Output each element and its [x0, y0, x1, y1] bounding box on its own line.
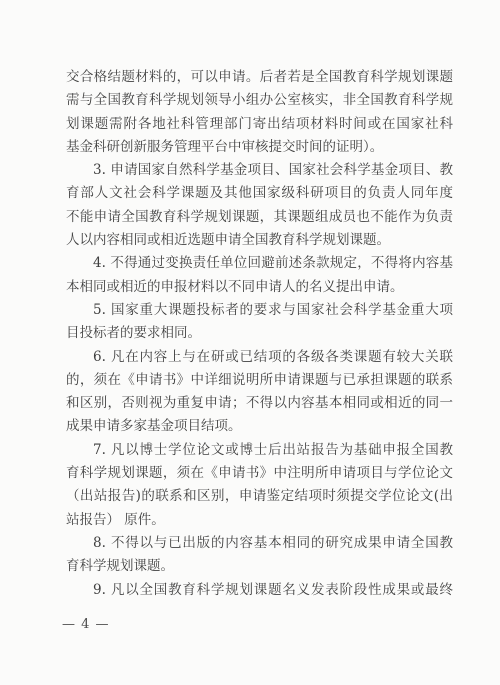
text-line: 育部人文社会科学课题及其他国家级科研项目的负责人同年度 [66, 182, 453, 205]
text-line: 育科学规划课题，须在《申请书》中注明所申请项目与学位论文 [66, 462, 453, 485]
text-line: 8. 不得以与已出版的内容基本相同的研究成果申请全国教 [66, 532, 453, 555]
text-line: （出站报告)的联系和区别，申请鉴定结项时须提交学位论文(出 [66, 485, 453, 508]
text-line: 站报告） 原件。 [66, 509, 453, 532]
document-body: 交合格结题材料的，可以申请。后者若是全国教育科学规划课题需与全国教育科学规划领导… [66, 66, 453, 602]
document-page: 交合格结题材料的，可以申请。后者若是全国教育科学规划课题需与全国教育科学规划领导… [0, 0, 500, 685]
text-line: 6. 凡在内容上与在研或已结项的各级各类课题有较大关联 [66, 346, 453, 369]
text-line: 9. 凡以全国教育科学规划课题名义发表阶段性成果或最终 [66, 579, 453, 602]
text-line: 的，须在《申请书》中详细说明所申请课题与已承担课题的联系 [66, 369, 453, 392]
text-line: 育科学规划课题。 [66, 555, 453, 578]
page-number: — 4 — [62, 617, 110, 632]
text-line: 交合格结题材料的，可以申请。后者若是全国教育科学规划课题 [66, 66, 453, 89]
text-line: 不能申请全国教育科学规划课题，其课题组成员也不能作为负责 [66, 206, 453, 229]
text-line: 5. 国家重大课题投标者的要求与国家社会科学基金重大项 [66, 299, 453, 322]
text-line: 目投标者的要求相同。 [66, 322, 453, 345]
text-line: 需与全国教育科学规划领导小组办公室核实，非全国教育科学规 [66, 89, 453, 112]
text-line: 本相同或相近的申报材料以不同申请人的名义提出申请。 [66, 276, 453, 299]
text-line: 和区别，否则视为重复申请；不得以内容基本相同或相近的同一 [66, 392, 453, 415]
text-line: 成果申请多家基金项目结项。 [66, 415, 453, 438]
text-line: 4. 不得通过变换责任单位回避前述条款规定，不得将内容基 [66, 252, 453, 275]
text-line: 人以内容相同或相近选题申请全国教育科学规划课题。 [66, 229, 453, 252]
text-line: 3. 申请国家自然科学基金项目、国家社会科学基金项目、教 [66, 159, 453, 182]
text-line: 划课题需附各地社科管理部门寄出结项材料时间或在国家社科 [66, 113, 453, 136]
text-line: 基金科研创新服务管理平台中审核提交时间的证明）。 [66, 136, 453, 159]
text-line: 7. 凡以博士学位论文或博士后出站报告为基础申报全国教 [66, 439, 453, 462]
